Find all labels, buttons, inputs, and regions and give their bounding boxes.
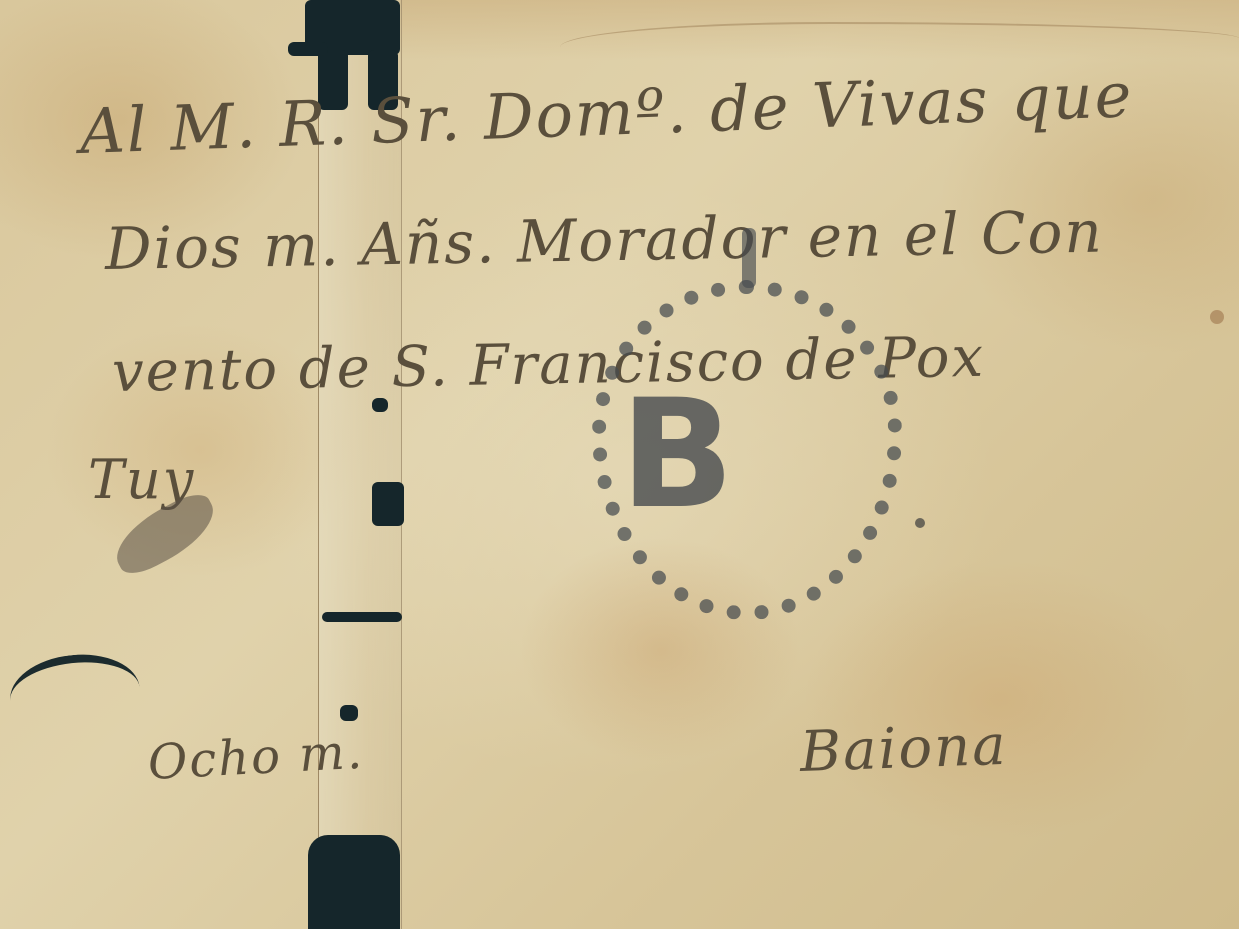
address-line-2: Dios m. Añs. Morador en el Con bbox=[104, 198, 1104, 283]
ink-dot bbox=[915, 518, 925, 528]
stain-spot bbox=[1210, 310, 1224, 324]
seal-blot-bottom bbox=[308, 835, 400, 929]
rate-note: Ocho m. bbox=[147, 724, 366, 791]
seal-blot-middle bbox=[372, 482, 404, 526]
postmark-letter: B bbox=[620, 380, 734, 530]
address-line-1: Al M. R. Sr. Domº. de Vivas que bbox=[79, 58, 1135, 168]
postmark-top-stem bbox=[742, 228, 756, 288]
letter-cover: Al M. R. Sr. Domº. de Vivas que Dios m. … bbox=[0, 0, 1239, 929]
origin-note: Baiona bbox=[799, 713, 1009, 785]
seal-blot-seam bbox=[322, 612, 402, 622]
top-fold-line bbox=[560, 22, 1239, 64]
seal-blot-top-arm bbox=[288, 42, 328, 56]
corner-ink-mark bbox=[6, 648, 143, 739]
seal-blot-small bbox=[340, 705, 358, 721]
